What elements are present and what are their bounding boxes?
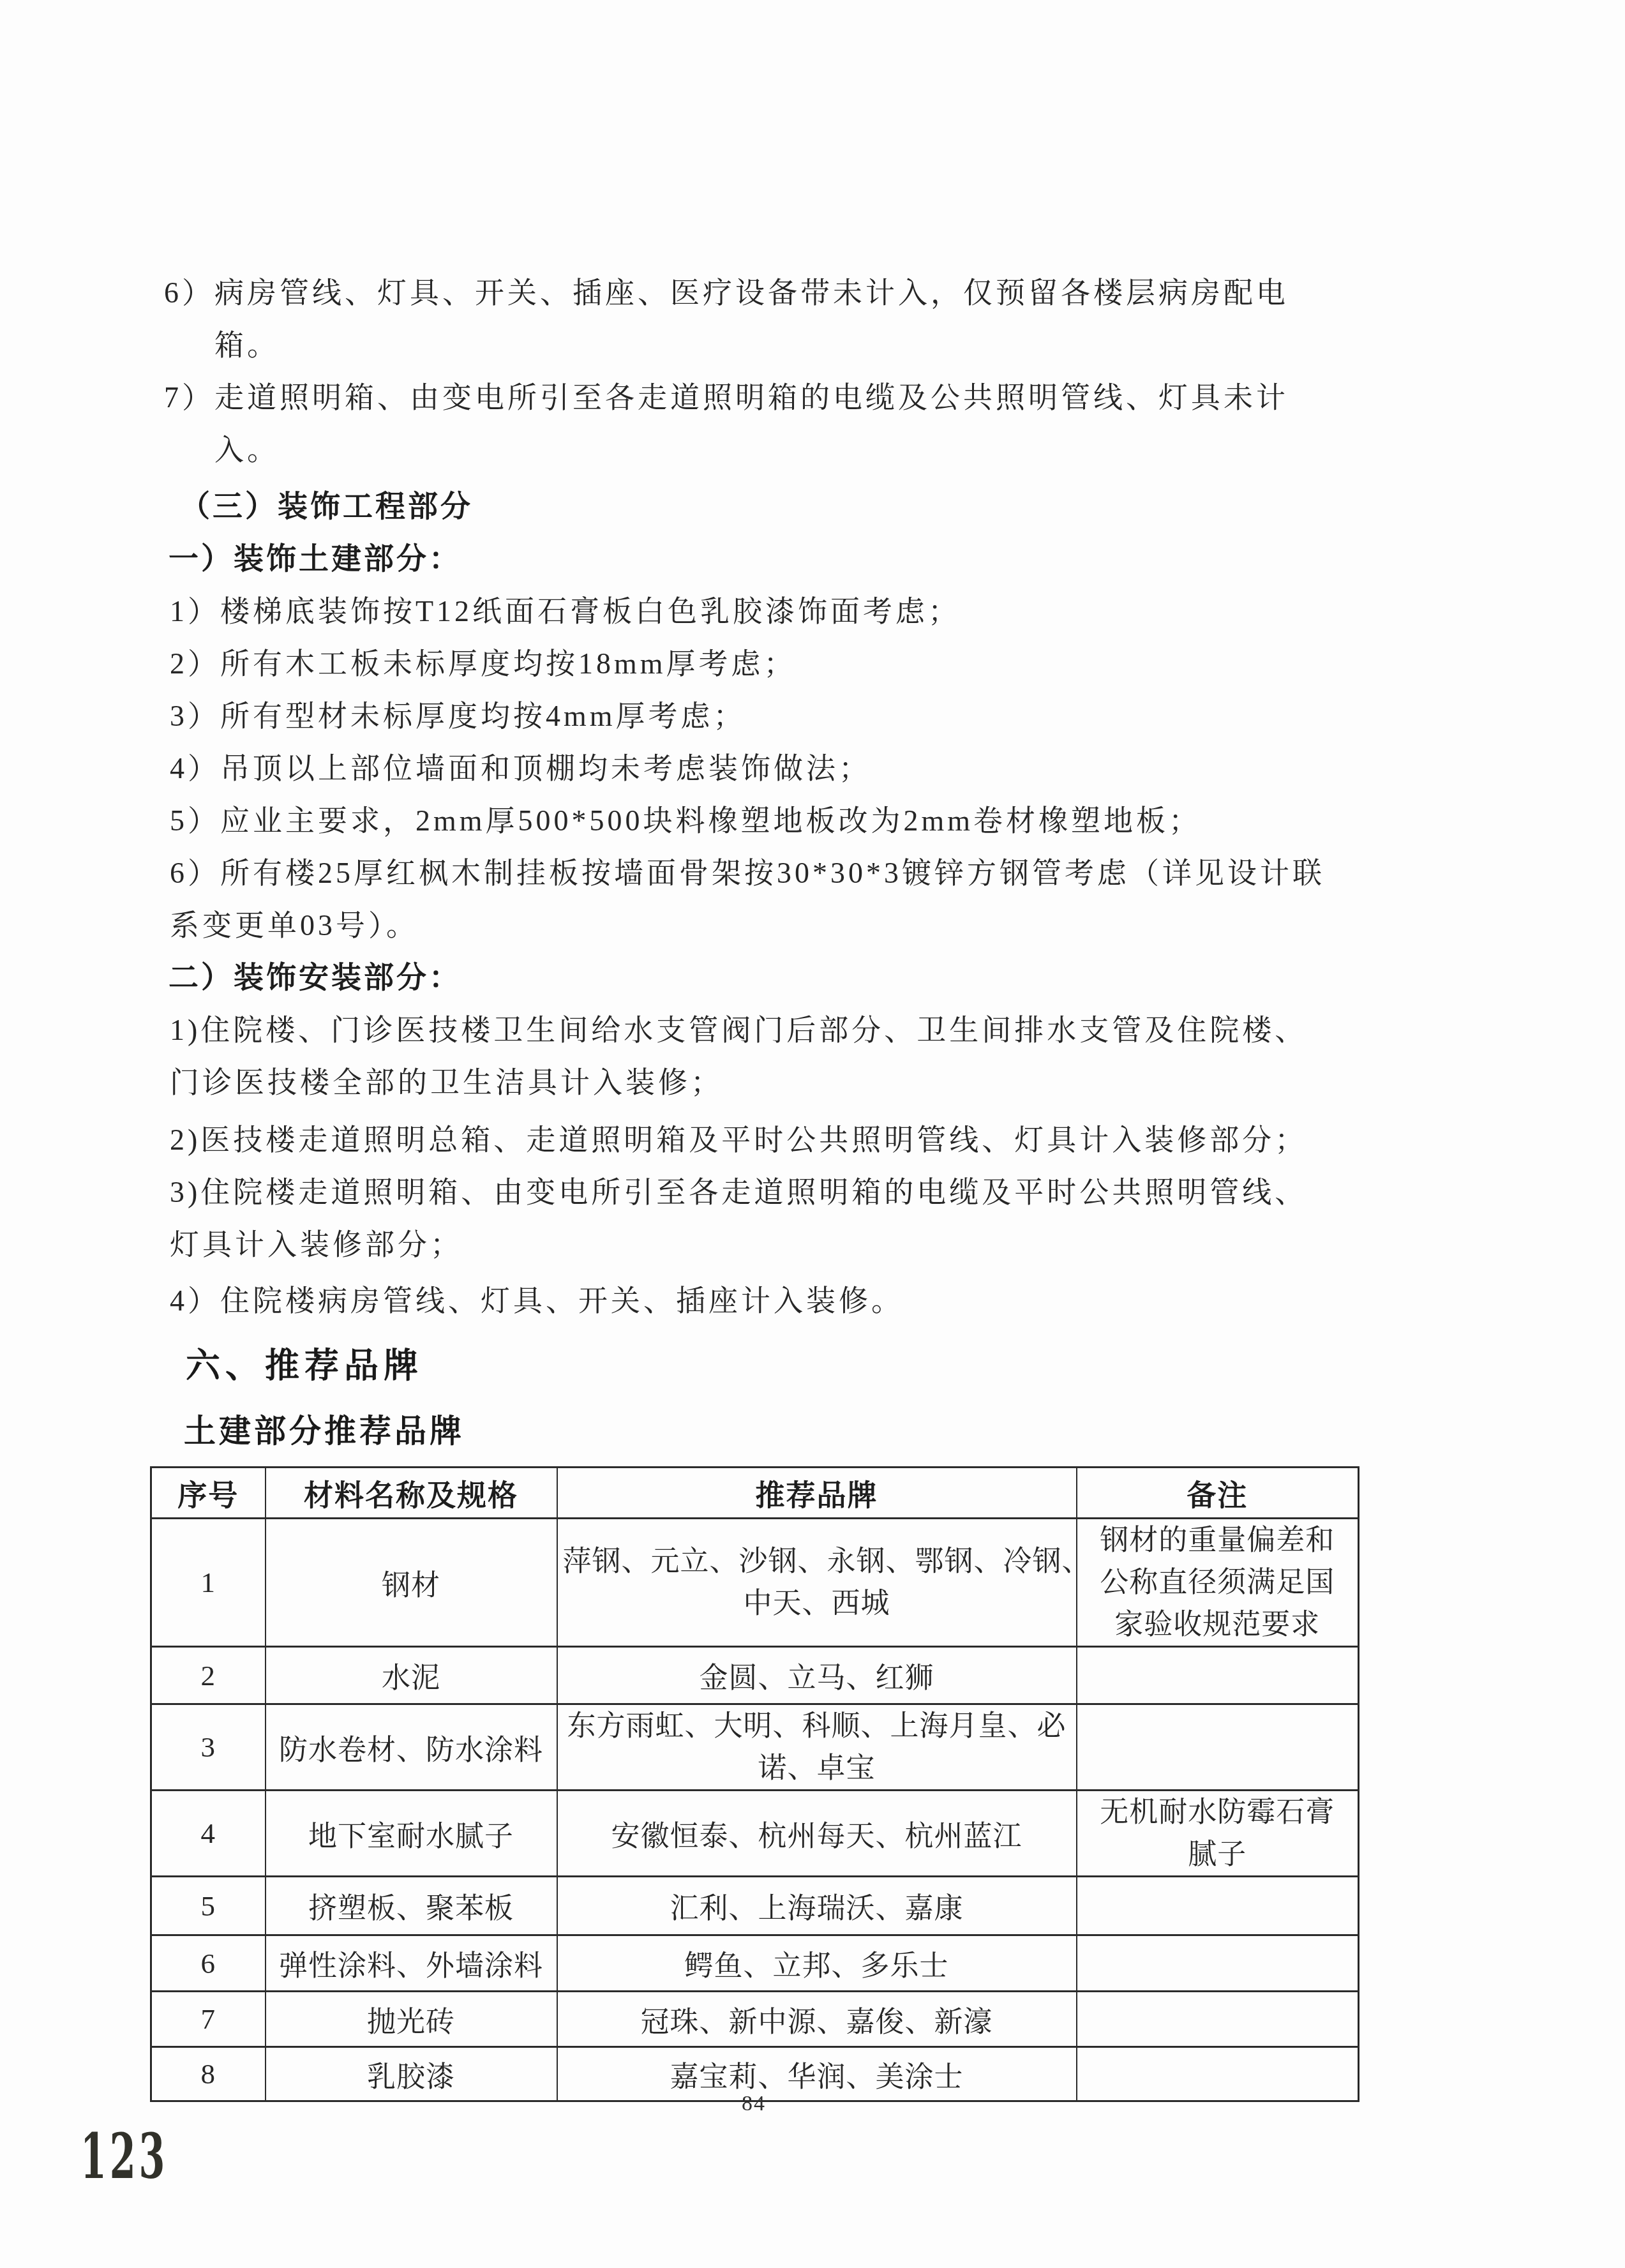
brands-cell: 安徽恒泰、杭州每天、杭州蓝江	[557, 1791, 1077, 1877]
table-title: 土建部分推荐品牌	[0, 1402, 1625, 1460]
brands-line: 东方雨虹、大明、科顺、上海月皇、必	[563, 1705, 1071, 1747]
brands-cell: 冠珠、新中源、嘉俊、新濠	[557, 1992, 1077, 2047]
remark-line: 无机耐水防霉石膏	[1082, 1791, 1353, 1833]
serial-cell: 6	[151, 1935, 266, 1992]
brands-cell: 东方雨虹、大明、科顺、上海月皇、必 诺、卓宝	[557, 1704, 1077, 1791]
brands-cell: 汇利、上海瑞沃、嘉康	[557, 1877, 1077, 1935]
serial-cell: 7	[151, 1992, 266, 2047]
table-row: 4 地下室耐水腻子 安徽恒泰、杭州每天、杭州蓝江 无机耐水防霉石膏 腻子	[151, 1791, 1359, 1877]
table-row: 7 抛光砖 冠珠、新中源、嘉俊、新濠	[151, 1992, 1359, 2047]
text-line: 6）病房管线、灯具、开关、插座、医疗设备带未计入，仅预留各楼层病房配电	[0, 267, 1625, 319]
brands-cell: 金圆、立马、红狮	[557, 1647, 1077, 1704]
table-row: 5 挤塑板、聚苯板 汇利、上海瑞沃、嘉康	[151, 1877, 1359, 1935]
list-item-line: 系变更单03号）。	[0, 899, 1625, 952]
col-header-brands: 推荐品牌	[557, 1468, 1077, 1519]
list-item-line: 1）楼梯底装饰按T12纸面石膏板白色乳胶漆饰面考虑；	[0, 585, 1625, 638]
material-cell: 钢材	[266, 1519, 557, 1647]
table-row: 1 钢材 萍钢、元立、沙钢、永钢、鄂钢、冷钢、 中天、西城 钢材的重量偏差和 公…	[151, 1519, 1359, 1647]
subsection-heading: 一）装饰土建部分：	[0, 533, 1625, 585]
text-line: 7）走道照明箱、由变电所引至各走道照明箱的电缆及公共照明管线、灯具未计	[0, 372, 1625, 424]
remark-line: 公称直径须满足国	[1082, 1561, 1353, 1603]
table-header-row: 序号 材料名称及规格 推荐品牌 备注	[151, 1468, 1359, 1519]
remark-cell: 无机耐水防霉石膏 腻子	[1077, 1791, 1359, 1877]
remark-cell	[1077, 1704, 1359, 1791]
page-stamp-number: 123	[80, 2126, 168, 2188]
serial-cell: 3	[151, 1704, 266, 1791]
table-row: 2 水泥 金圆、立马、红狮	[151, 1647, 1359, 1704]
page-number: 84	[150, 2091, 1358, 2117]
material-cell: 弹性涂料、外墙涂料	[266, 1935, 557, 1992]
document-body: 6）病房管线、灯具、开关、插座、医疗设备带未计入，仅预留各楼层病房配电 箱。 7…	[0, 267, 1625, 2102]
serial-cell: 1	[151, 1519, 266, 1647]
list-item-line: 6）所有楼25厚红枫木制挂板按墙面骨架按30*30*3镀锌方钢管考虑（详见设计联	[0, 847, 1625, 899]
col-header-serial: 序号	[151, 1468, 266, 1519]
remark-cell	[1077, 1992, 1359, 2047]
table-row: 6 弹性涂料、外墙涂料 鳄鱼、立邦、多乐士	[151, 1935, 1359, 1992]
brands-line: 诺、卓宝	[563, 1747, 1071, 1789]
serial-cell: 2	[151, 1647, 266, 1704]
list-item-line: 1)住院楼、门诊医技楼卫生间给水支管阀门后部分、卫生间排水支管及住院楼、	[0, 1004, 1625, 1056]
material-cell: 挤塑板、聚苯板	[266, 1877, 557, 1935]
list-item-line: 3)住院楼走道照明箱、由变电所引至各走道照明箱的电缆及平时公共照明管线、	[0, 1166, 1625, 1219]
list-item-line: 灯具计入装修部分；	[0, 1219, 1625, 1271]
list-item-line: 4）吊顶以上部位墙面和顶棚均未考虑装饰做法；	[0, 742, 1625, 795]
brands-line: 中天、西城	[563, 1582, 1071, 1625]
text-line: 箱。	[0, 319, 1625, 372]
serial-cell: 5	[151, 1877, 266, 1935]
material-cell: 地下室耐水腻子	[266, 1791, 557, 1877]
list-item-line: 3）所有型材未标厚度均按4mm厚考虑；	[0, 690, 1625, 742]
scanned-document-page: 6）病房管线、灯具、开关、插座、医疗设备带未计入，仅预留各楼层病房配电 箱。 7…	[0, 0, 1625, 2268]
remark-line: 家验收规范要求	[1082, 1603, 1353, 1646]
list-item-line: 2)医技楼走道照明总箱、走道照明箱及平时公共照明管线、灯具计入装修部分；	[0, 1114, 1625, 1166]
material-cell: 水泥	[266, 1647, 557, 1704]
col-header-remark: 备注	[1077, 1468, 1359, 1519]
text-line: 入。	[0, 424, 1625, 476]
brands-cell: 鳄鱼、立邦、多乐士	[557, 1935, 1077, 1992]
list-item-line: 门诊医技楼全部的卫生洁具计入装修；	[0, 1056, 1625, 1109]
col-header-material: 材料名称及规格	[266, 1468, 557, 1519]
brands-line: 萍钢、元立、沙钢、永钢、鄂钢、冷钢、	[563, 1540, 1071, 1582]
material-cell: 抛光砖	[266, 1992, 557, 2047]
list-item-line: 5）应业主要求，2mm厚500*500块料橡塑地板改为2mm卷材橡塑地板；	[0, 795, 1625, 847]
remark-line: 腻子	[1082, 1833, 1353, 1875]
brands-cell: 萍钢、元立、沙钢、永钢、鄂钢、冷钢、 中天、西城	[557, 1519, 1077, 1647]
list-item-line: 2）所有木工板未标厚度均按18mm厚考虑；	[0, 638, 1625, 690]
remark-cell	[1077, 1877, 1359, 1935]
serial-cell: 4	[151, 1791, 266, 1877]
section-heading: （三）装饰工程部分	[0, 481, 1625, 533]
brand-recommendation-table: 序号 材料名称及规格 推荐品牌 备注 1 钢材 萍钢、元立、沙钢、永钢、鄂钢、冷…	[150, 1466, 1359, 2102]
chapter-heading: 六、推荐品牌	[0, 1337, 1625, 1395]
remark-cell: 钢材的重量偏差和 公称直径须满足国 家验收规范要求	[1077, 1519, 1359, 1647]
remark-line: 钢材的重量偏差和	[1082, 1519, 1353, 1561]
list-item-line: 4）住院楼病房管线、灯具、开关、插座计入装修。	[0, 1275, 1625, 1327]
table-row: 3 防水卷材、防水涂料 东方雨虹、大明、科顺、上海月皇、必 诺、卓宝	[151, 1704, 1359, 1791]
subsection-heading: 二）装饰安装部分：	[0, 952, 1625, 1004]
remark-cell	[1077, 1647, 1359, 1704]
material-cell: 防水卷材、防水涂料	[266, 1704, 557, 1791]
remark-cell	[1077, 1935, 1359, 1992]
